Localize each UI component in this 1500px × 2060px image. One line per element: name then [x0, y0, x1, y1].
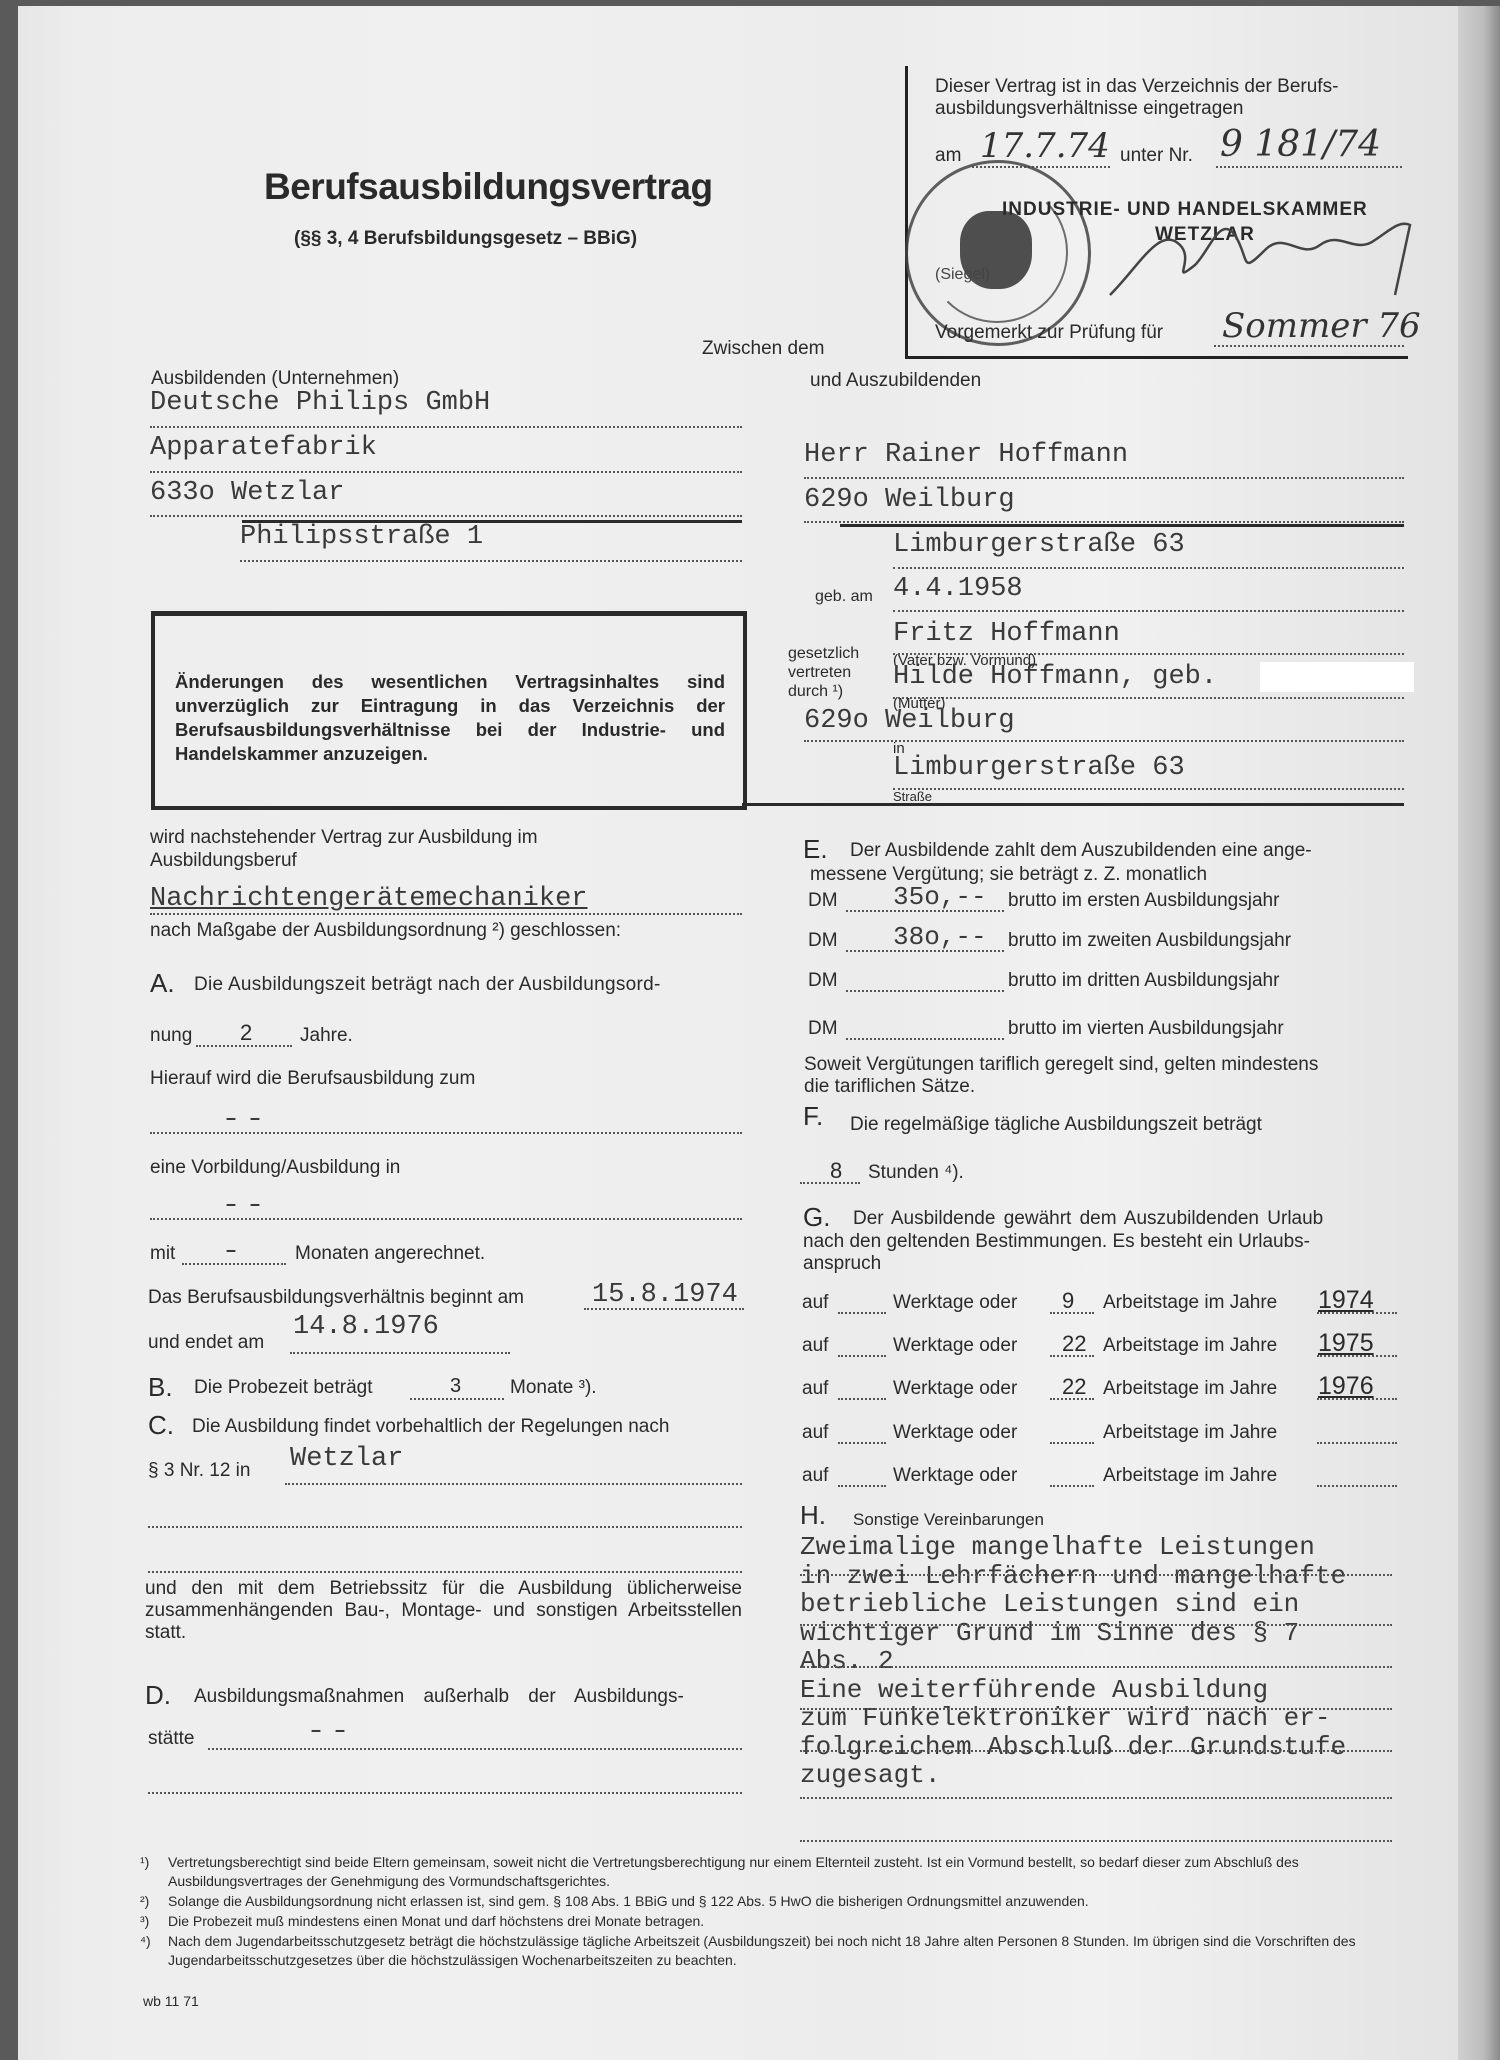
agreement-line: betriebliche Leistungen sind ein	[800, 1589, 1299, 1619]
external-measures: – –	[310, 1720, 346, 1743]
section-c-text: Die Ausbildung findet vorbehaltlich der …	[192, 1416, 669, 1438]
mit-label: mit	[150, 1243, 175, 1265]
field-line	[846, 1036, 1004, 1040]
field-line	[150, 911, 742, 915]
leave-arbeitstage: Arbeitstage im Jahre	[1103, 1292, 1277, 1314]
section-e-text-2: messene Vergütung; sie beträgt z. Z. mon…	[810, 864, 1207, 886]
currency-label: DM	[808, 970, 838, 992]
field-line	[148, 1569, 742, 1573]
field-line	[800, 1664, 1392, 1668]
parents-city: 629o Weilburg	[804, 706, 1015, 736]
section-g-letter: G.	[803, 1202, 830, 1233]
employer-division: Apparatefabrik	[150, 433, 377, 463]
leave-arbeitstage: Arbeitstage im Jahre	[1103, 1335, 1277, 1357]
occupation: Nachrichtengerätemechaniker	[150, 884, 587, 914]
footnote: ²) Solange die Ausbildungsordnung nicht …	[140, 1892, 1410, 1911]
leave-year: 1974	[1318, 1286, 1374, 1315]
months-unit: Monaten angerechnet.	[295, 1243, 485, 1265]
field-line	[800, 1748, 1392, 1752]
pay-amount: 38o,--	[893, 922, 987, 952]
contract-intro: wird nachstehender Vertrag zur Ausbildun…	[150, 826, 538, 872]
leave-auf: auf	[802, 1335, 828, 1357]
hours-unit: Stunden ⁴).	[868, 1162, 964, 1184]
trainee-street: Limburgerstraße 63	[893, 530, 1185, 560]
leave-werktage: Werktage oder	[893, 1292, 1017, 1314]
currency-label: DM	[808, 890, 838, 912]
section-g-text-1: Der Ausbildende gewährt dem Auszubildend…	[853, 1208, 1323, 1230]
registration-intro: Dieser Vertrag ist in das Verzeichnis de…	[935, 76, 1338, 120]
section-g-text-2: nach den geltenden Bestimmungen. Es best…	[803, 1231, 1310, 1253]
field-line	[804, 519, 1404, 523]
currency-label: DM	[808, 930, 838, 952]
divider	[840, 524, 1404, 527]
training-location: Wetzlar	[290, 1444, 403, 1474]
field-line	[1317, 1440, 1397, 1444]
employer-street: Philipsstraße 1	[240, 522, 483, 552]
field-line	[240, 558, 742, 562]
leave-year: 1975	[1318, 1329, 1374, 1358]
probation-unit: Monate ³).	[510, 1377, 597, 1399]
pay-label: brutto im vierten Ausbildungsjahr	[1008, 1018, 1284, 1040]
field-line	[846, 988, 1004, 992]
footnote: ⁴) Nach dem Jugendarbeitsschutzgesetz be…	[140, 1932, 1410, 1970]
nr-label: unter Nr.	[1120, 145, 1193, 167]
leave-auf: auf	[802, 1422, 828, 1444]
street-caption: Straße	[893, 789, 932, 804]
footnote: ¹) Vertretungsberechtigt sind beide Elte…	[140, 1853, 1410, 1891]
father-name: Fritz Hoffmann	[893, 619, 1120, 649]
field-line	[800, 1795, 1392, 1799]
pay-label: brutto im dritten Ausbildungsjahr	[1008, 970, 1279, 992]
credit-field-2: – –	[225, 1194, 261, 1217]
field-line	[893, 695, 1404, 699]
section-a-vorbildung: eine Vorbildung/Ausbildung in	[150, 1157, 400, 1179]
pay-label: brutto im zweiten Ausbildungsjahr	[1008, 930, 1291, 952]
chamber-seal-stamp	[905, 160, 1091, 346]
field-line	[285, 1481, 742, 1485]
probation-months: 3	[450, 1375, 461, 1398]
tarif-note: Soweit Vergütungen tariflich geregelt si…	[804, 1054, 1318, 1098]
notice-text: Änderungen des wesentlichen Vertragsinha…	[175, 670, 725, 766]
section-h-text: Sonstige Vereinbarungen	[853, 1510, 1044, 1530]
field-line	[1317, 1483, 1397, 1487]
section-c-letter: C.	[148, 1410, 174, 1441]
birth-date: 4.4.1958	[893, 574, 1023, 604]
leave-days: 9	[1062, 1288, 1074, 1314]
field-line	[838, 1396, 886, 1400]
leave-arbeitstage: Arbeitstage im Jahre	[1103, 1378, 1277, 1400]
footnote: ³) Die Probezeit muß mindestens einen Mo…	[140, 1912, 1410, 1931]
field-line	[893, 608, 1404, 612]
section-f-text: Die regelmäßige tägliche Ausbildungszeit…	[850, 1114, 1262, 1136]
field-line	[150, 424, 742, 428]
years-unit: Jahre.	[300, 1025, 353, 1047]
field-line	[800, 1838, 1392, 1842]
leave-werktage: Werktage oder	[893, 1335, 1017, 1357]
section-a-letter: A.	[150, 968, 175, 999]
field-line	[1050, 1440, 1094, 1444]
field-line	[893, 565, 1404, 569]
employer-label: Ausbildenden (Unternehmen)	[151, 368, 399, 390]
birth-label: geb. am	[815, 588, 873, 606]
redacted-maiden-name	[1260, 662, 1414, 692]
field-line	[893, 786, 1404, 790]
signature	[1100, 205, 1420, 315]
start-label: Das Berufsausbildungsverhältnis beginnt …	[148, 1287, 524, 1309]
between-label: Zwischen dem	[702, 338, 825, 360]
divider	[742, 803, 1404, 806]
seal-label: (Siegel)	[935, 266, 990, 284]
parents-street: Limburgerstraße 63	[893, 753, 1185, 783]
field-line	[150, 469, 742, 473]
section-a-text: Die Ausbildungszeit beträgt nach der Aus…	[194, 974, 661, 996]
leave-year: 1976	[1318, 1372, 1374, 1401]
agreement-line: Abs. 2	[800, 1646, 894, 1676]
leave-arbeitstage: Arbeitstage im Jahre	[1103, 1465, 1277, 1487]
leave-auf: auf	[802, 1292, 828, 1314]
section-b-text: Die Probezeit beträgt	[194, 1377, 373, 1399]
employer-city: 633o Wetzlar	[150, 478, 344, 508]
section-e-text-1: Der Ausbildende zahlt dem Auszubildenden…	[850, 840, 1312, 862]
trainee-city: 629o Weilburg	[804, 485, 1015, 515]
leave-werktage: Werktage oder	[893, 1422, 1017, 1444]
section-d-letter: D.	[145, 1680, 171, 1711]
field-line	[838, 1353, 886, 1357]
agreement-line: zugesagt.	[800, 1760, 940, 1790]
field-line	[800, 1706, 1392, 1710]
after-occupation: nach Maßgabe der Ausbildungsordnung ²) g…	[150, 920, 621, 942]
registration-number: 9 181/74	[1220, 124, 1381, 165]
document-title: Berufsausbildungsvertrag	[264, 166, 713, 208]
training-years: 2	[240, 1020, 252, 1046]
leave-auf: auf	[802, 1465, 828, 1487]
field-line	[838, 1440, 886, 1444]
section-c-ref: § 3 Nr. 12 in	[148, 1460, 250, 1482]
pay-amount: 35o,--	[893, 882, 987, 912]
agreement-line: Zweimalige mangelhafte Leistungen	[800, 1532, 1315, 1562]
leave-days: 22	[1062, 1331, 1086, 1357]
agreement-line: Eine weiterführende Ausbildung	[800, 1675, 1268, 1705]
leave-days: 22	[1062, 1374, 1086, 1400]
section-a-nung: nung	[150, 1025, 192, 1047]
section-a-hierauf: Hierauf wird die Berufsausbildung zum	[150, 1068, 475, 1090]
field-line	[838, 1483, 886, 1487]
section-h-letter: H.	[800, 1500, 826, 1531]
start-date: 15.8.1974	[592, 1280, 738, 1310]
form-code: wb 11 71	[143, 1993, 199, 2009]
field-line	[150, 513, 742, 517]
section-g-text-3: anspruch	[803, 1253, 881, 1275]
mother-name: Hilde Hoffmann, geb.	[893, 662, 1217, 692]
am-label: am	[935, 145, 961, 167]
field-line	[838, 1310, 886, 1314]
notice-box: Änderungen des wesentlichen Vertragsinha…	[151, 611, 747, 810]
footnotes: ¹) Vertretungsberechtigt sind beide Elte…	[140, 1853, 1410, 1971]
exam-term: Sommer 76	[1222, 306, 1421, 346]
agreement-line: folgreichem Abschluß der Grundstufe	[800, 1732, 1346, 1762]
section-b-letter: B.	[148, 1372, 173, 1403]
section-e-letter: E.	[803, 834, 828, 865]
end-label: und endet am	[148, 1332, 264, 1354]
field-line	[800, 1622, 1392, 1626]
exam-label: Vorgemerkt zur Prüfung für	[935, 322, 1163, 344]
leave-auf: auf	[802, 1378, 828, 1400]
leave-werktage: Werktage oder	[893, 1465, 1017, 1487]
field-line	[148, 1790, 742, 1794]
section-d-staette: stätte	[148, 1728, 194, 1750]
field-line	[148, 1524, 742, 1528]
field-line	[290, 1350, 510, 1354]
currency-label: DM	[808, 1018, 838, 1040]
field-line	[800, 1572, 1392, 1576]
daily-hours: 8	[830, 1158, 842, 1184]
pay-label: brutto im ersten Ausbildungsjahr	[1008, 890, 1279, 912]
leave-werktage: Werktage oder	[893, 1378, 1017, 1400]
representative-label: gesetzlich vertreten durch ¹)	[788, 644, 859, 701]
document-subtitle: (§§ 3, 4 Berufsbildungsgesetz – BBiG)	[294, 228, 637, 250]
credited-months: –	[225, 1240, 237, 1263]
credit-field-1: – –	[225, 1108, 261, 1131]
trainee-label: und Auszubildenden	[810, 370, 981, 392]
field-line	[1050, 1483, 1094, 1487]
page-edge	[1458, 6, 1500, 2060]
section-f-letter: F.	[803, 1101, 823, 1132]
section-d-text: Ausbildungsmaßnahmen außerhalb der Ausbi…	[194, 1686, 684, 1708]
trainee-name: Herr Rainer Hoffmann	[804, 440, 1128, 470]
section-c-after: und den mit dem Betriebssitz für die Aus…	[145, 1578, 742, 1644]
field-line	[804, 475, 1404, 479]
end-date: 14.8.1976	[293, 1312, 439, 1342]
field-line	[208, 1746, 742, 1750]
leave-arbeitstage: Arbeitstage im Jahre	[1103, 1422, 1277, 1444]
employer-name: Deutsche Philips GmbH	[150, 388, 490, 418]
